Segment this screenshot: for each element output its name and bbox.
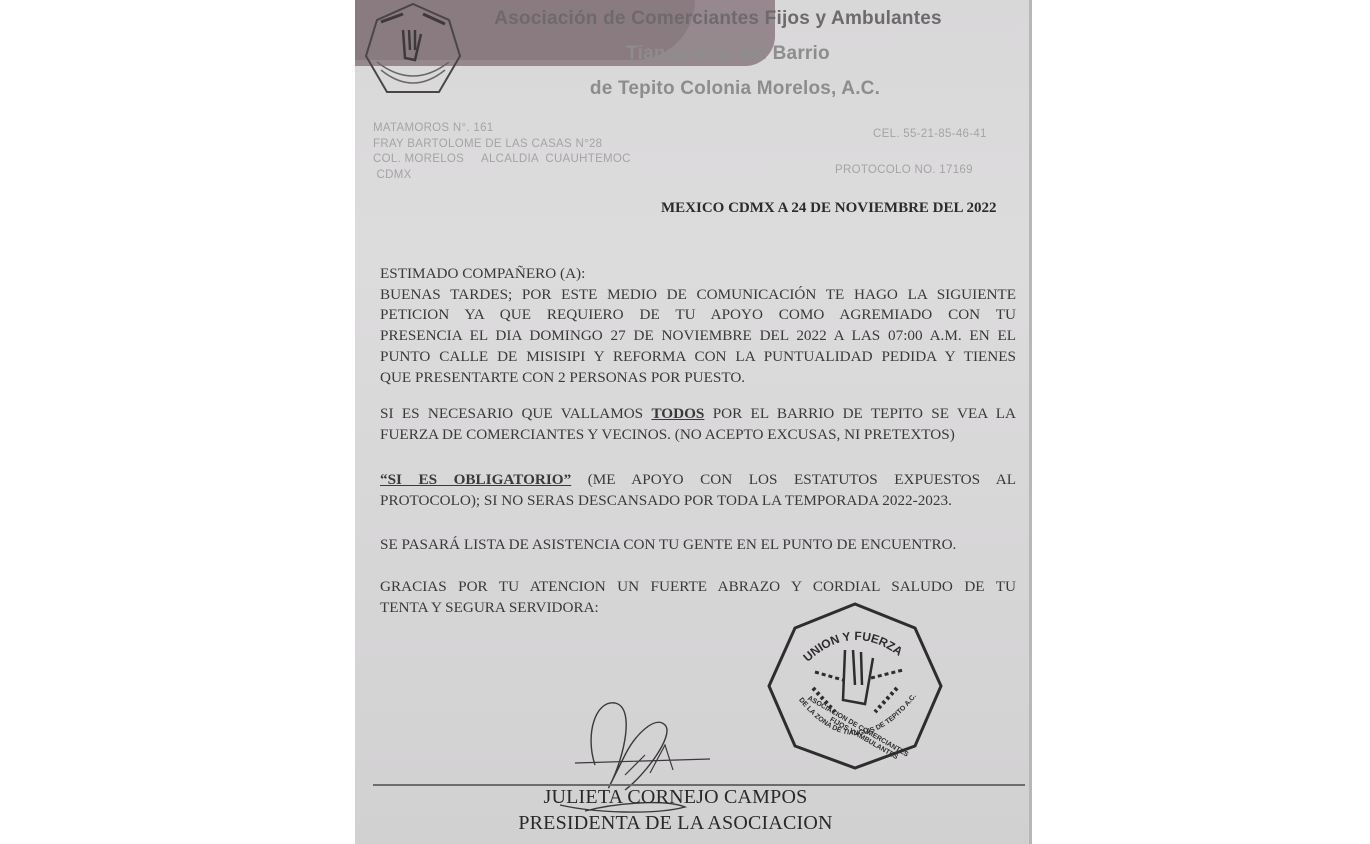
paragraph-mandatory: “SI ES OBLIGATORIO” (ME APOYO CON LOS ES… [380,470,1016,511]
body-line: BUENAS TARDES; POR ESTE MEDIO DE COMUNIC… [380,285,1016,306]
seal-ring-text-1: ASOCIACION DE COMERCIANTES [806,695,909,759]
address-line: FRAY BARTOLOME DE LAS CASAS N°28 [373,137,631,153]
org-name-line-2: Tianguistas del Barrio [563,43,893,65]
body-line: SI ES NECESARIO QUE VALLAMOS TODOS POR E… [380,404,1016,425]
body-line: PETICION YA QUE REQUIERO DE TU APOYO COM… [380,305,1016,326]
cell-number: CEL. 55-21-85-46-41 [873,128,987,140]
paragraph-request: ESTIMADO COMPAÑERO (A): BUENAS TARDES; P… [380,264,1016,388]
body-line: QUE PRESENTARTE CON 2 PERSONAS POR PUEST… [380,368,1016,389]
address-line: COL. MORELOS ALCALDIA CUAUHTEMOC [373,152,631,168]
emphasis-todos: TODOS [651,405,704,422]
paragraph-everyone: SI ES NECESARIO QUE VALLAMOS TODOS POR E… [380,404,1016,445]
address-line: MATAMOROS N°. 161 [373,121,631,137]
association-logo-icon [363,0,463,102]
association-seal-icon: UNION Y FUERZA DE LA ZONA DE TIANGUIS DE… [765,600,945,772]
body-line: GRACIAS POR TU ATENCION UN FUERTE ABRAZO… [380,577,1016,598]
text-segment: SI ES NECESARIO QUE VALLAMOS [380,405,651,422]
body-line: “SI ES OBLIGATORIO” (ME APOYO CON LOS ES… [380,470,1016,491]
body-line: FUERZA DE COMERCIANTES Y VECINOS. (NO AC… [380,425,1016,446]
body-line: SE PASARÁ LISTA DE ASISTENCIA CON TU GEN… [380,535,1016,556]
protocol-number: PROTOCOLO NO. 17169 [835,164,973,176]
body-line: PRESENCIA EL DIA DOMINGO 27 DE NOVIEMBRE… [380,326,1016,347]
body-line: PROTOCOLO); SI NO SERAS DESCANSADO POR T… [380,491,1016,512]
date-line: MEXICO CDMX A 24 DE NOVIEMBRE DEL 2022 [661,200,996,217]
org-name-line-3: de Tepito Colonia Morelos, A.C. [555,78,915,100]
greeting: ESTIMADO COMPAÑERO (A): [380,264,1016,285]
body-line: PUNTO CALLE DE MISISIPI Y REFORMA CON LA… [380,347,1016,368]
text-segment: POR EL BARRIO DE TEPITO SE VEA LA [704,405,1016,422]
org-name-line-1: Asociación de Comerciantes Fijos y Ambul… [473,8,963,30]
paragraph-attendance: SE PASARÁ LISTA DE ASISTENCIA CON TU GEN… [380,535,1016,556]
letter-photo: Asociación de Comerciantes Fijos y Ambul… [355,0,1032,844]
signer-name: JULIETA CORNEJO CAMPOS [355,786,1014,809]
signer-title: PRESIDENTA DE LA ASOCIACION [355,812,1014,835]
org-address: MATAMOROS N°. 161 FRAY BARTOLOME DE LAS … [373,121,631,183]
emphasis-obligatorio: “SI ES OBLIGATORIO” [380,471,571,488]
text-segment: (ME APOYO CON LOS ESTATUTOS EXPUESTOS AL [571,471,1016,488]
address-line: CDMX [373,168,631,184]
